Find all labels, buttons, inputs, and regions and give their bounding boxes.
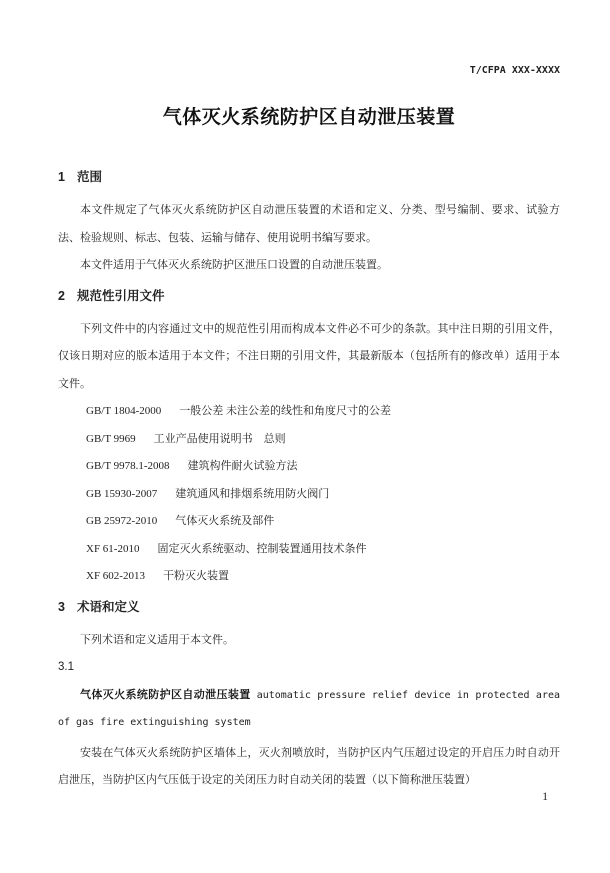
reference-item: GB/T 1804-2000一般公差 未注公差的线性和角度尺寸的公差 xyxy=(58,398,560,426)
scope-paragraph-2: 本文件适用于气体灭火系统防护区泄压口设置的自动泄压装置。 xyxy=(58,252,560,280)
reference-code: GB/T 9978.1-2008 xyxy=(86,453,170,481)
reference-title: 固定灭火系统驱动、控制装置通用技术条件 xyxy=(157,543,366,555)
term-clause-number: 3.1 xyxy=(58,654,560,682)
reference-item: GB 25972-2010气体灭火系统及部件 xyxy=(58,508,560,536)
reference-code: GB 15930-2007 xyxy=(86,481,157,509)
section-heading-label: 术语和定义 xyxy=(77,600,140,614)
section-heading-normative-references: 2规范性引用文件 xyxy=(58,287,560,305)
page-number: 1 xyxy=(542,791,548,803)
section-number: 2 xyxy=(58,287,65,305)
term-definition: 安装在气体灭火系统防护区墙体上，灭火剂喷放时，当防护区内气压超过设定的开启压力时… xyxy=(58,740,560,795)
reference-item: XF 61-2010固定灭火系统驱动、控制装置通用技术条件 xyxy=(58,536,560,564)
section-heading-label: 规范性引用文件 xyxy=(77,289,165,303)
reference-title: 干粉灭火装置 xyxy=(163,570,229,582)
reference-title: 气体灭火系统及部件 xyxy=(175,515,274,527)
reference-code: XF 61-2010 xyxy=(86,536,139,564)
reference-code: XF 602-2013 xyxy=(86,563,145,591)
reference-list: GB/T 1804-2000一般公差 未注公差的线性和角度尺寸的公差 GB/T … xyxy=(58,398,560,591)
reference-code: GB/T 1804-2000 xyxy=(86,398,161,426)
reference-title: 建筑通风和排烟系统用防火阀门 xyxy=(175,488,329,500)
section-heading-label: 范围 xyxy=(77,170,102,184)
reference-item: GB 15930-2007建筑通风和排烟系统用防火阀门 xyxy=(58,481,560,509)
terms-intro: 下列术语和定义适用于本文件。 xyxy=(58,627,560,655)
reference-item: GB/T 9978.1-2008建筑构件耐火试验方法 xyxy=(58,453,560,481)
section-heading-scope: 1范围 xyxy=(58,168,560,186)
term-name-zh: 气体灭火系统防护区自动泄压装置 xyxy=(80,689,251,701)
reference-title: 一般公差 未注公差的线性和角度尺寸的公差 xyxy=(179,405,391,417)
section-number: 3 xyxy=(58,598,65,616)
reference-code: GB/T 9969 xyxy=(86,426,136,454)
reference-title: 建筑构件耐火试验方法 xyxy=(188,460,298,472)
normative-references-intro: 下列文件中的内容通过文中的规范性引用而构成本文件必不可少的条款。其中注日期的引用… xyxy=(58,316,560,399)
scope-paragraph-1: 本文件规定了气体灭火系统防护区自动泄压装置的术语和定义、分类、型号编制、要求、试… xyxy=(58,197,560,252)
reference-item: GB/T 9969工业产品使用说明书 总则 xyxy=(58,426,560,454)
section-heading-terms: 3术语和定义 xyxy=(58,598,560,616)
reference-item: XF 602-2013干粉灭火装置 xyxy=(58,563,560,591)
term-entry: 气体灭火系统防护区自动泄压装置automatic pressure relief… xyxy=(58,682,560,737)
document-title: 气体灭火系统防护区自动泄压装置 xyxy=(58,106,560,130)
section-number: 1 xyxy=(58,168,65,186)
document-page: T/CFPA XXX-XXXX 气体灭火系统防护区自动泄压装置 1范围 本文件规… xyxy=(0,0,610,873)
reference-code: GB 25972-2010 xyxy=(86,508,157,536)
standard-code: T/CFPA XXX-XXXX xyxy=(58,64,560,78)
reference-title: 工业产品使用说明书 总则 xyxy=(154,433,286,445)
